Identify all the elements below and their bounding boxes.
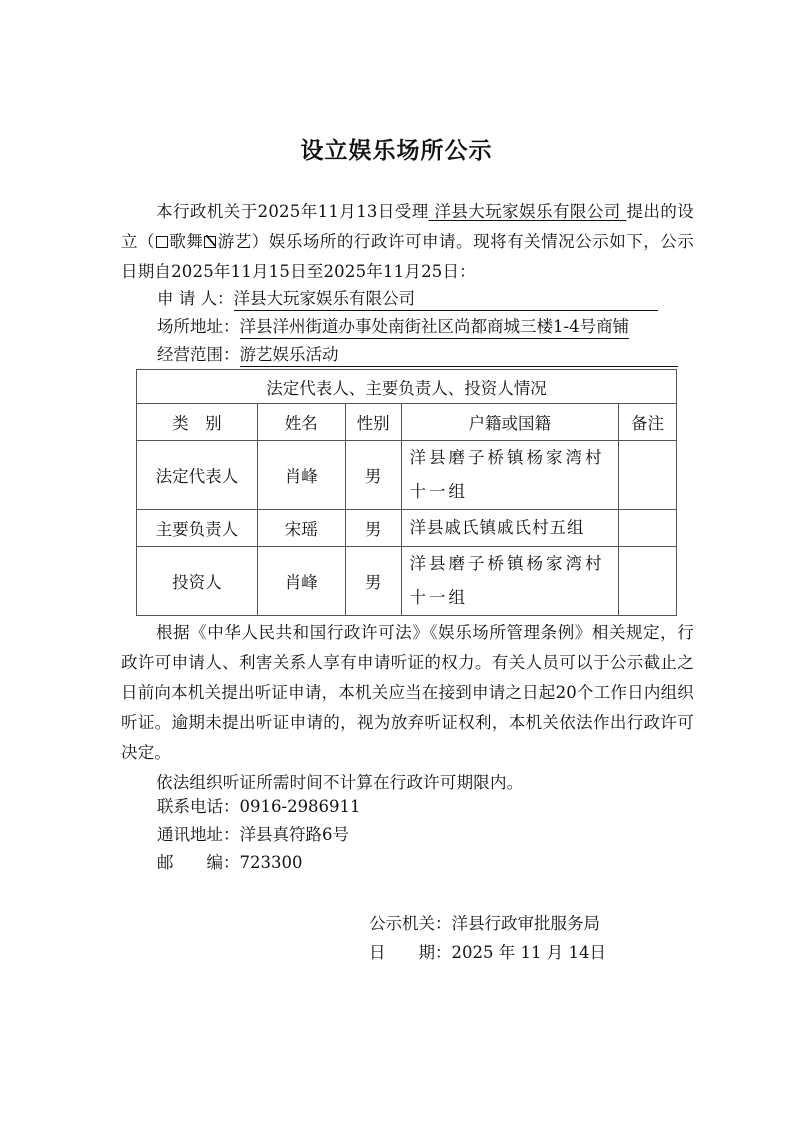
checkbox-singing-icon (156, 236, 168, 248)
applicant-value: 洋县大玩家娱乐有限公司 (234, 288, 658, 311)
cell-residence: 洋县磨子桥镇杨家湾村十一组 (401, 547, 619, 616)
table-row: 投资人 肖峰 男 洋县磨子桥镇杨家湾村十一组 (137, 547, 677, 616)
cell-category: 法定代表人 (137, 441, 258, 510)
cell-gender: 男 (345, 547, 401, 616)
intro-paragraph: 本行政机关于2025年11月13日受理 洋县大玩家娱乐有限公司 提出的设立（歌舞… (121, 197, 694, 287)
contact-zip: 邮 编：723300 (157, 850, 303, 876)
date-value: 2025 年 11 月 14日 (452, 943, 606, 962)
date-label: 日 期： (369, 943, 452, 962)
cell-name: 宋瑶 (257, 510, 345, 547)
issue-date: 日 期：2025 年 11 月 14日 (369, 940, 606, 966)
cell-note (619, 510, 677, 547)
header-residence: 户籍或国籍 (401, 404, 619, 441)
scope-label: 经营范围： (157, 342, 240, 368)
intro-company: 洋县大玩家娱乐有限公司 (429, 202, 627, 221)
checkbox-games-checked-icon (204, 236, 216, 248)
zip-label: 邮 编： (157, 853, 240, 872)
cell-note (619, 547, 677, 616)
cell-residence: 洋县磨子桥镇杨家湾村十一组 (401, 441, 619, 510)
org-label: 公示机关： (369, 914, 452, 933)
persons-table: 法定代表人、主要负责人、投资人情况 类 别 姓名 性别 户籍或国籍 备注 法定代… (136, 369, 677, 616)
table-header-row: 类 别 姓名 性别 户籍或国籍 备注 (137, 404, 677, 441)
hearing-paragraph: 根据《中华人民共和国行政许可法》《娱乐场所管理条例》相关规定，行政许可申请人、利… (121, 618, 694, 768)
cell-gender: 男 (345, 441, 401, 510)
header-name: 姓名 (257, 404, 345, 441)
cell-category: 主要负责人 (137, 510, 258, 547)
page-title: 设立娱乐场所公示 (0, 132, 793, 165)
residence-line-2: 十一组 (410, 581, 619, 615)
header-category: 类 别 (137, 404, 258, 441)
cell-gender: 男 (345, 510, 401, 547)
address-value: 洋县洋州街道办事处南街社区尚都商城三楼1-4号商铺 (240, 316, 630, 339)
cell-residence: 洋县戚氏镇戚氏村五组 (401, 510, 619, 547)
contact-phone: 联系电话：0916-2986911 (157, 794, 361, 820)
applicant-field: 申 请 人：洋县大玩家娱乐有限公司 (157, 286, 658, 312)
residence-line-2: 十一组 (410, 475, 619, 509)
residence-line-1: 洋县磨子桥镇杨家湾村 (410, 441, 619, 475)
table-row: 主要负责人 宋瑶 男 洋县戚氏镇戚氏村五组 (137, 510, 677, 547)
phone-label: 联系电话： (157, 797, 240, 816)
scope-value: 游艺娱乐活动 (240, 344, 678, 367)
cell-note (619, 441, 677, 510)
option-singing-label: 歌舞 (169, 232, 203, 251)
header-gender: 性别 (345, 404, 401, 441)
applicant-label: 申 请 人： (157, 286, 234, 312)
scope-field: 经营范围：游艺娱乐活动 (157, 342, 678, 368)
cell-name: 肖峰 (257, 547, 345, 616)
intro-text-a: 本行政机关于2025年11月13日受理 (156, 202, 429, 221)
phone-value: 0916-2986911 (240, 797, 361, 816)
table-row: 法定代表人 肖峰 男 洋县磨子桥镇杨家湾村十一组 (137, 441, 677, 510)
mail-label: 通讯地址： (157, 825, 240, 844)
cell-category: 投资人 (137, 547, 258, 616)
contact-address: 通讯地址：洋县真符路6号 (157, 822, 349, 848)
mail-value: 洋县真符路6号 (240, 825, 350, 844)
residence-line-1: 洋县磨子桥镇杨家湾村 (410, 547, 619, 581)
header-note: 备注 (619, 404, 677, 441)
zip-value: 723300 (240, 853, 303, 872)
table-caption: 法定代表人、主要负责人、投资人情况 (137, 370, 677, 404)
address-label: 场所地址： (157, 314, 240, 340)
cell-name: 肖峰 (257, 441, 345, 510)
address-field: 场所地址：洋县洋州街道办事处南街社区尚都商城三楼1-4号商铺 (157, 314, 629, 340)
table-caption-row: 法定代表人、主要负责人、投资人情况 (137, 370, 677, 404)
option-games-label: 游艺 (217, 232, 251, 251)
org-value: 洋县行政审批服务局 (452, 914, 601, 933)
issuing-authority: 公示机关：洋县行政审批服务局 (369, 911, 600, 937)
